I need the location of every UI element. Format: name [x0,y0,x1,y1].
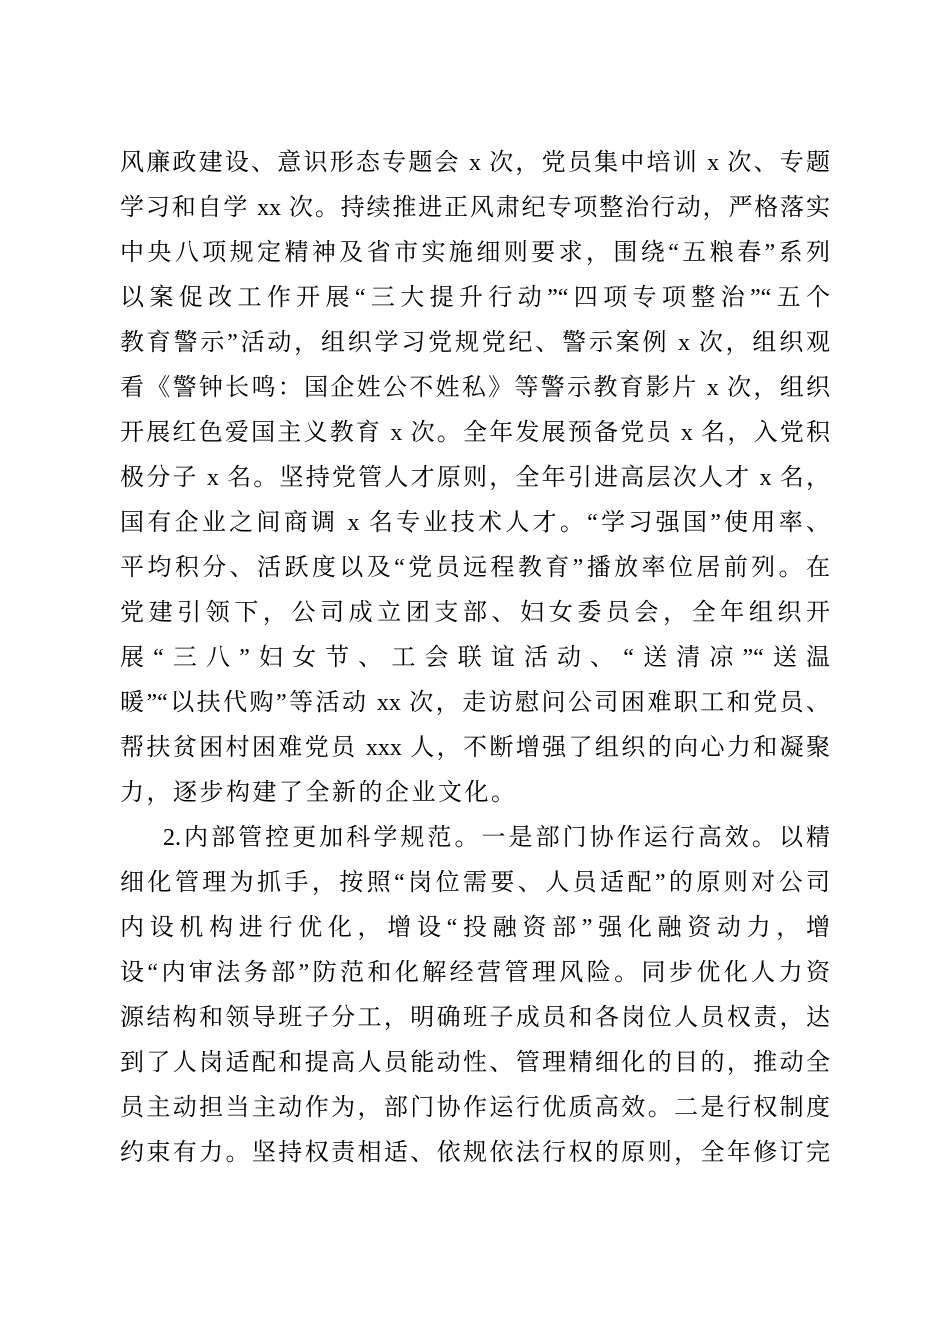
text-line: 内设机构进行优化，增设“投融资部”强化融资动力，增 [120,906,830,951]
text-line: 教育警示”活动，组织学习党规党纪、警示案例 x 次，组织观 [120,321,830,366]
text-line: 党建引领下，公司成立团支部、妇女委员会，全年组织开 [120,591,830,636]
text-line: 中央八项规定精神及省市实施细则要求，围绕“五粮春”系列 [120,231,830,276]
text-line: 开展红色爱国主义教育 x 次。全年发展预备党员 x 名，入党积 [120,411,830,456]
text-line: 细化管理为抓手，按照“岗位需要、人员适配”的原则对公司 [120,861,830,906]
document-page: 风廉政建设、意识形态专题会 x 次，党员集中培训 x 次、专题学习和自学 xx … [0,0,950,1344]
text-line: 风廉政建设、意识形态专题会 x 次，党员集中培训 x 次、专题 [120,141,830,186]
text-line: 看《警钟长鸣：国企姓公不姓私》等警示教育影片 x 次，组织 [120,366,830,411]
text-line: 到了人岗适配和提高人员能动性、管理精细化的目的，推动全 [120,1041,830,1086]
text-line: 以案促改工作开展“三大提升行动”“四项专项整治”“五个 [120,276,830,321]
text-line: 学习和自学 xx 次。持续推进正风肃纪专项整治行动，严格落实 [120,186,830,231]
text-line: 2.内部管控更加科学规范。一是部门协作运行高效。以精 [120,816,830,861]
text-block: 风廉政建设、意识形态专题会 x 次，党员集中培训 x 次、专题学习和自学 xx … [120,141,830,1176]
text-line: 源结构和领导班子分工，明确班子成员和各岗位人员权责，达 [120,996,830,1041]
text-line: 极分子 x 名。坚持党管人才原则，全年引进高层次人才 x 名， [120,456,830,501]
text-line: 力，逐步构建了全新的企业文化。 [120,771,830,816]
text-line: 约束有力。坚持权责相适、依规依法行权的原则，全年修订完 [120,1131,830,1176]
text-line: 国有企业之间商调 x 名专业技术人才。“学习强国”使用率、 [120,501,830,546]
text-line: 帮扶贫困村困难党员 xxx 人，不断增强了组织的向心力和凝聚 [120,726,830,771]
text-line: 平均积分、活跃度以及“党员远程教育”播放率位居前列。在 [120,546,830,591]
text-line: 暖”“以扶代购”等活动 xx 次，走访慰问公司困难职工和党员、 [120,681,830,726]
text-line: 设“内审法务部”防范和化解经营管理风险。同步优化人力资 [120,951,830,996]
text-line: 展“三八”妇女节、工会联谊活动、“送清凉”“送温 [120,636,830,681]
text-line: 员主动担当主动作为，部门协作运行优质高效。二是行权制度 [120,1086,830,1131]
